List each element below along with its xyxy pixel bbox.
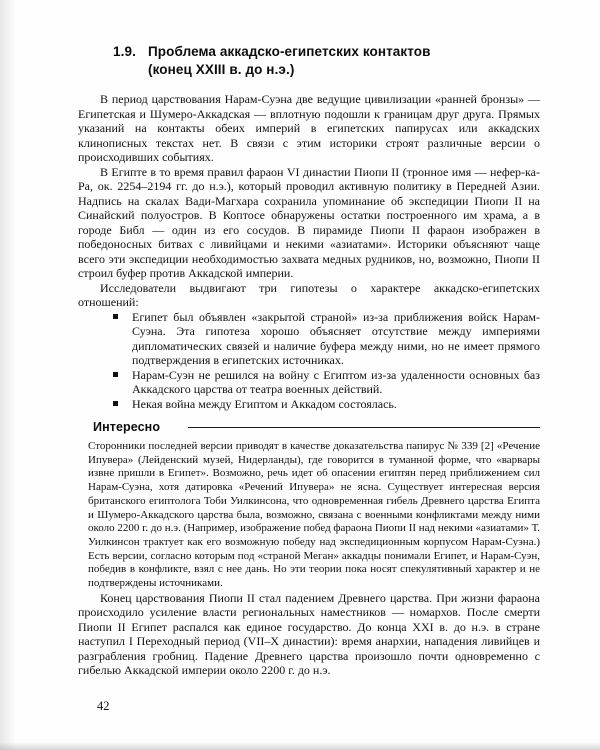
- section-number: 1.9.: [113, 43, 148, 79]
- bullet-square-icon: [113, 310, 132, 320]
- sidebar-section-interesting: Интересно Сторонники последней версии пр…: [88, 420, 540, 591]
- scan-shadow-bottom: [0, 742, 600, 750]
- section-title: Проблема аккадско-египетских контактов (…: [148, 43, 431, 79]
- closing-paragraph: Конец царствования Пиопи II стал падение…: [78, 591, 540, 678]
- page-number: 42: [97, 699, 110, 714]
- bullet-item: Нарам-Суэн не решился на войну с Египтом…: [78, 368, 540, 397]
- bullet-square-icon: [113, 368, 132, 378]
- page-content: 1.9. Проблема аккадско-египетских контак…: [78, 40, 540, 678]
- bullet-list: Египет был объявлен «закрытой страной» и…: [78, 310, 540, 412]
- sidebar-header: Интересно: [88, 420, 540, 434]
- bullet-item-text: Египет был объявлен «закрытой страной» и…: [132, 310, 540, 368]
- sidebar-text: Сторонники последней версии приводят в к…: [88, 440, 540, 591]
- paragraph: В период царствования Нарам-Суэна две ве…: [78, 92, 540, 165]
- sidebar-label: Интересно: [88, 420, 160, 434]
- section-title-line2: (конец XXIII в. до н.э.): [148, 62, 294, 77]
- section-title-line1: Проблема аккадско-египетских контактов: [148, 44, 431, 59]
- paragraph: Исследователи выдвигают три гипотезы о х…: [78, 281, 540, 310]
- scan-shadow-left: [0, 0, 16, 750]
- bullet-square-icon: [113, 397, 132, 407]
- bullet-item: Египет был объявлен «закрытой страной» и…: [78, 310, 540, 368]
- section-heading: 1.9. Проблема аккадско-египетских контак…: [113, 43, 540, 79]
- sidebar-rule-line: [188, 427, 540, 428]
- bullet-item-text: Нарам-Суэн не решился на войну с Египтом…: [132, 368, 540, 397]
- book-page: 1.9. Проблема аккадско-египетских контак…: [0, 0, 600, 750]
- bullet-item-text: Некая война между Египтом и Аккадом сост…: [132, 397, 540, 412]
- paragraph: В Египте в то время правил фараон VI дин…: [78, 165, 540, 281]
- bullet-item: Некая война между Египтом и Аккадом сост…: [78, 397, 540, 412]
